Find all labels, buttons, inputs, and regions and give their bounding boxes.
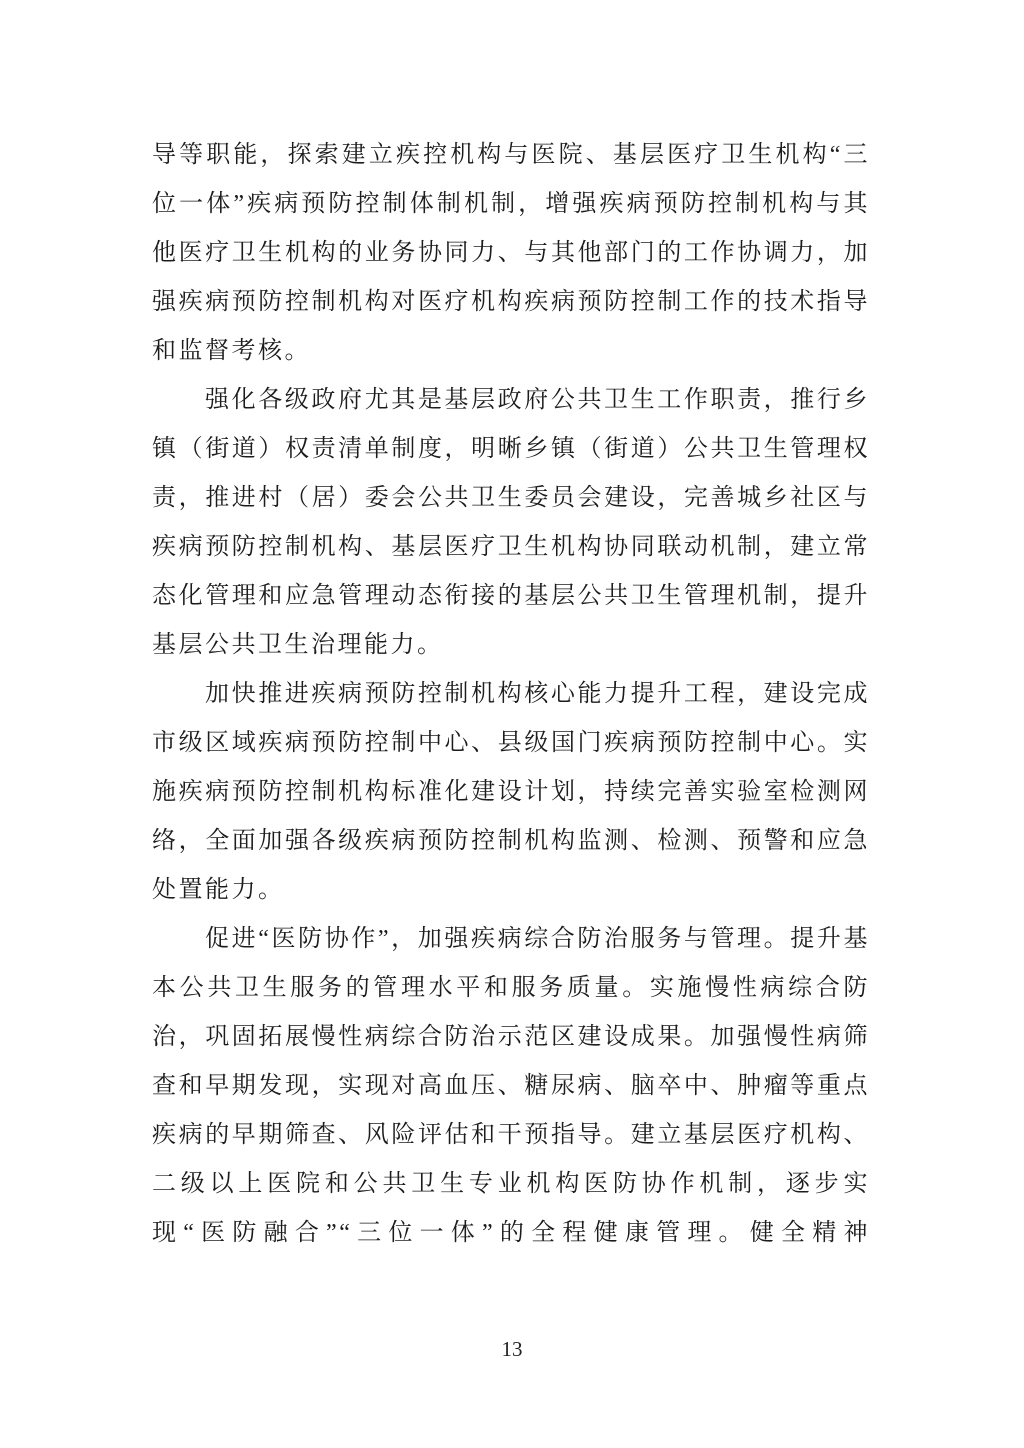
page-number: 13	[0, 1337, 1024, 1362]
paragraph-medical-prevention-cooperation: 促进“医防协作”，加强疾病综合防治服务与管理。提升基本公共卫生服务的管理水平和服…	[152, 915, 870, 1258]
paragraph-continuation: 导等职能，探索建立疾控机构与医院、基层医疗卫生机构“三位一体”疾病预防控制体制机…	[152, 131, 870, 376]
document-page: 导等职能，探索建立疾控机构与医院、基层医疗卫生机构“三位一体”疾病预防控制体制机…	[0, 0, 1024, 1448]
document-body: 导等职能，探索建立疾控机构与医院、基层医疗卫生机构“三位一体”疾病预防控制体制机…	[152, 131, 870, 1258]
paragraph-grassroots-governance: 强化各级政府尤其是基层政府公共卫生工作职责，推行乡镇（街道）权责清单制度，明晰乡…	[152, 376, 870, 670]
paragraph-cdc-core-capacity: 加快推进疾病预防控制机构核心能力提升工程，建设完成市级区域疾病预防控制中心、县级…	[152, 670, 870, 915]
